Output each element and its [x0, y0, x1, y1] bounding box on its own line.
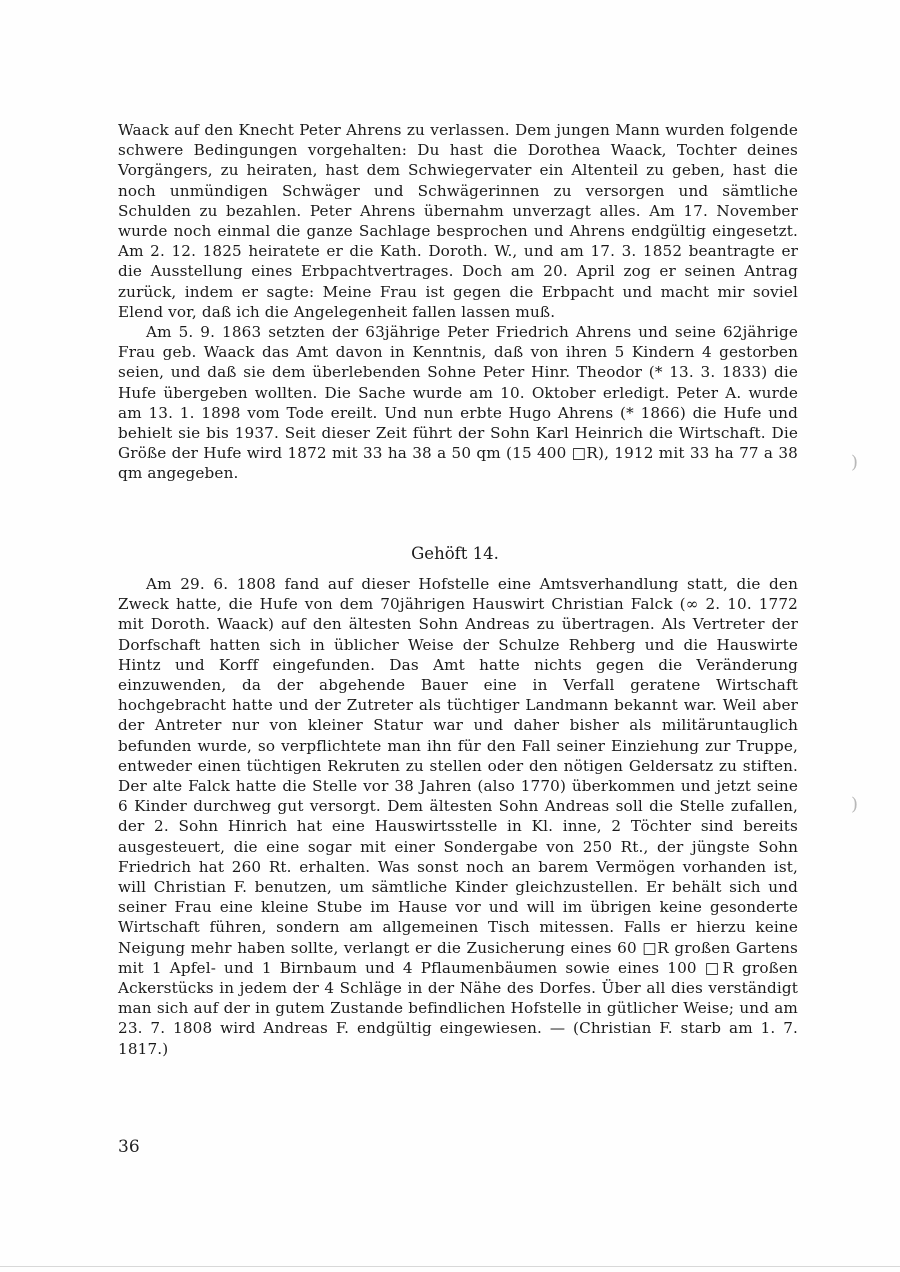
section-text-block: Am 29. 6. 1808 fand auf dieser Hofstelle…: [118, 574, 798, 1059]
paragraph-continued: Waack auf den Knecht Peter Ahrens zu ver…: [118, 120, 798, 322]
margin-mark: ): [851, 794, 858, 815]
continued-text-block: Waack auf den Knecht Peter Ahrens zu ver…: [118, 120, 798, 484]
document-page: Waack auf den Knecht Peter Ahrens zu ver…: [0, 0, 900, 1272]
section-heading-text: Gehöft 14.: [411, 544, 499, 563]
margin-mark: ): [851, 452, 858, 473]
section-heading: Gehöft 14.: [0, 544, 900, 563]
paragraph: Am 5. 9. 1863 setzten der 63jährige Pete…: [118, 322, 798, 484]
scan-edge-line: [0, 1266, 900, 1267]
paragraph: Am 29. 6. 1808 fand auf dieser Hofstelle…: [118, 574, 798, 1059]
page-number: 36: [118, 1137, 140, 1157]
